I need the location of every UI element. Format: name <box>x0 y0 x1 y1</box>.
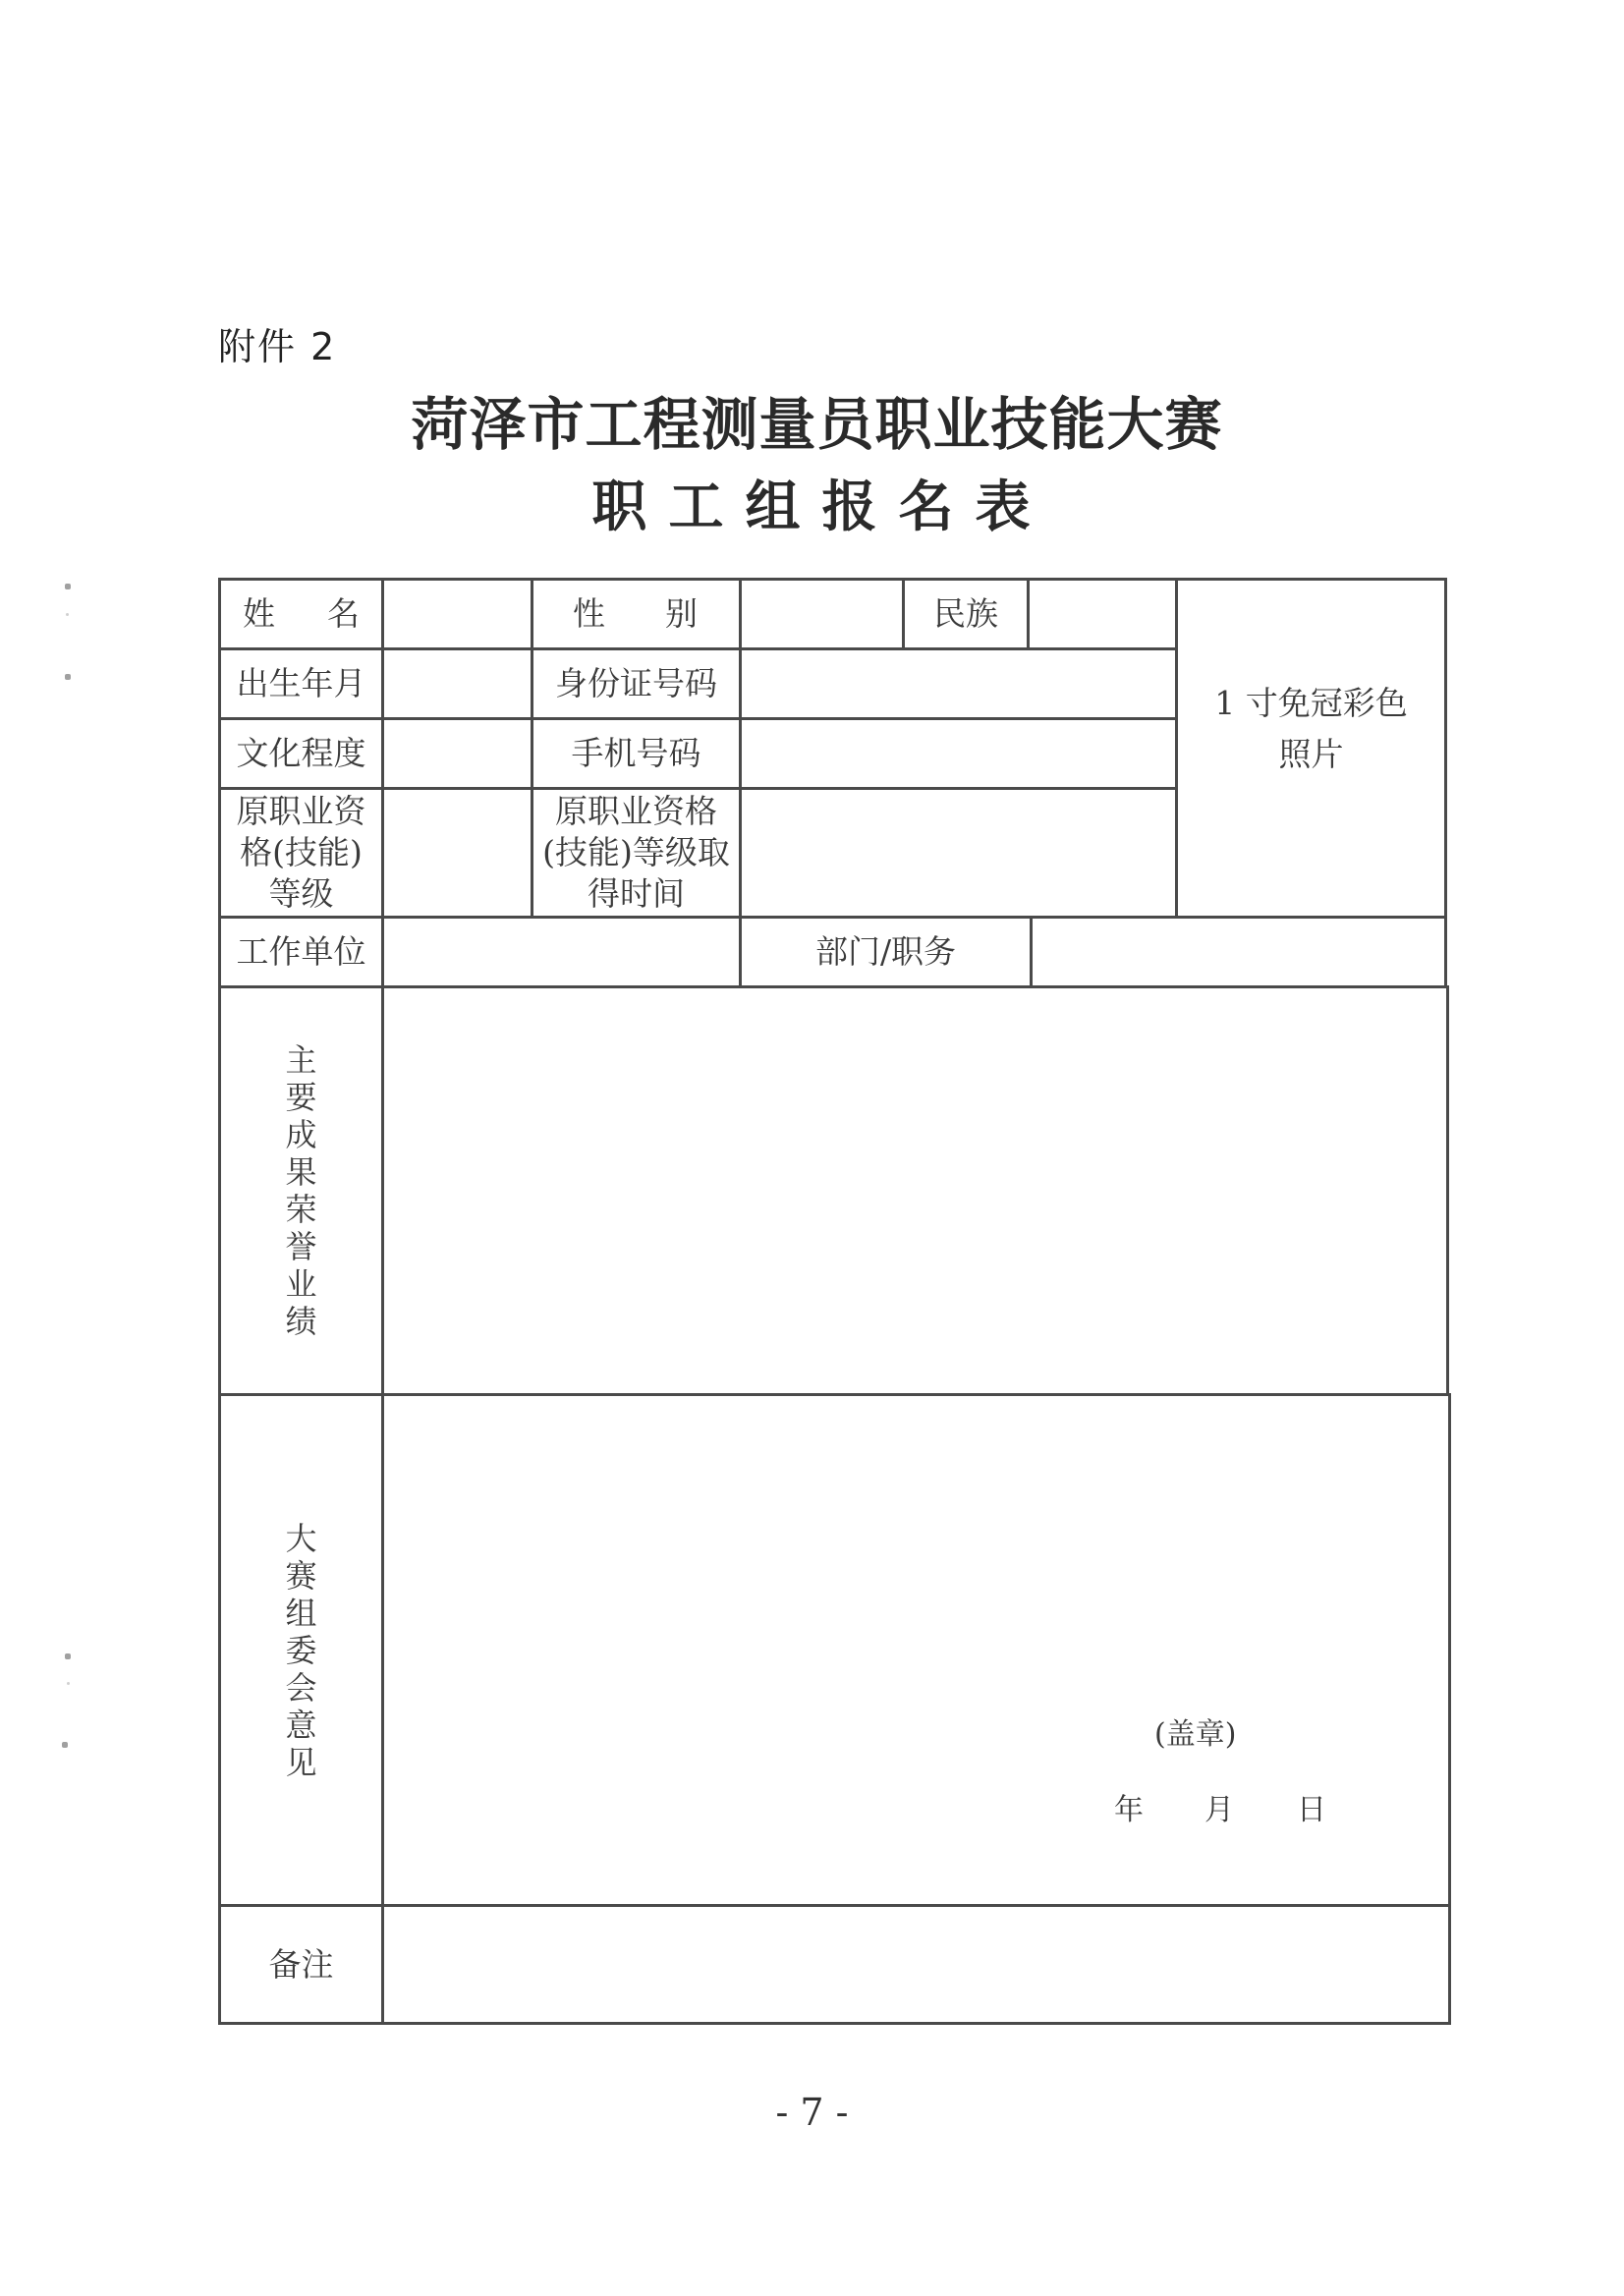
gender-label-char: 性 <box>573 593 605 635</box>
department-position-label: 部门/职务 <box>742 919 1030 985</box>
phone-label: 手机号码 <box>533 720 739 787</box>
qualification-level-label: 原职业资 格(技能) 等级 <box>221 790 381 916</box>
date-month-label: 月 <box>1204 1785 1234 1828</box>
qualification-date-label: 原职业资格 (技能)等级取 得时间 <box>533 790 739 916</box>
education-field[interactable] <box>384 720 531 787</box>
seal-note: (盖章) <box>1154 1709 1236 1753</box>
label-char: 委 <box>285 1632 316 1669</box>
label-line: 原职业资 <box>237 791 366 832</box>
name-label-char: 姓 <box>243 593 275 635</box>
label-char: 赛 <box>285 1557 316 1595</box>
name-label: 姓 名 <box>221 581 381 647</box>
phone-field[interactable] <box>742 720 1175 787</box>
committee-opinion-label: 大 赛 组 委 会 意 见 <box>221 1396 381 1904</box>
ethnicity-field[interactable] <box>1030 581 1175 647</box>
achievements-field[interactable] <box>384 988 1446 1393</box>
label-char: 大 <box>285 1520 316 1557</box>
scan-artifact <box>65 674 71 680</box>
birth-date-field[interactable] <box>384 650 531 717</box>
label-char: 意 <box>285 1707 316 1744</box>
gender-field[interactable] <box>742 581 902 647</box>
remarks-field[interactable] <box>384 1907 1448 2022</box>
employer-label: 工作单位 <box>221 919 381 985</box>
document-title: 菏泽市工程测量员职业技能大赛 <box>0 378 1624 461</box>
label-line: 原职业资格 <box>555 791 717 832</box>
label-line: 等级 <box>269 873 334 915</box>
label-char: 果 <box>285 1153 316 1191</box>
page-number: - 7 - <box>0 2091 1624 2134</box>
label-line: 格(技能) <box>240 832 363 873</box>
scan-artifact <box>67 1682 70 1685</box>
id-number-label: 身份证号码 <box>533 650 739 717</box>
photo-note-line: 照片 <box>1279 729 1344 780</box>
scan-artifact <box>65 1653 71 1659</box>
name-field[interactable] <box>384 581 531 647</box>
table-border-right <box>1446 985 1449 1395</box>
gender-label: 性 别 <box>533 581 739 647</box>
label-line: (技能)等级取 <box>542 832 730 873</box>
department-position-field[interactable] <box>1033 919 1444 985</box>
id-number-field[interactable] <box>742 650 1175 717</box>
qualification-level-field[interactable] <box>384 790 531 916</box>
scan-artifact <box>65 584 71 589</box>
employer-field[interactable] <box>384 919 739 985</box>
scan-artifact <box>66 613 69 616</box>
table-border-bottom <box>218 2022 1450 2025</box>
label-char: 荣 <box>285 1191 316 1228</box>
birth-date-label: 出生年月 <box>221 650 381 717</box>
photo-placeholder[interactable]: 1 寸免冠彩色 照片 <box>1178 581 1444 916</box>
ethnicity-label: 民族 <box>905 581 1027 647</box>
label-char: 成 <box>285 1116 316 1153</box>
photo-note-line: 1 寸免冠彩色 <box>1214 678 1408 729</box>
label-char: 组 <box>285 1595 316 1632</box>
date-year-label: 年 <box>1114 1785 1144 1828</box>
achievements-label: 主 要 成 果 荣 誉 业 绩 <box>221 988 381 1393</box>
label-char: 见 <box>285 1744 316 1781</box>
qualification-date-field[interactable] <box>742 790 1175 916</box>
label-line: 得时间 <box>588 873 685 915</box>
label-char: 会 <box>285 1669 316 1707</box>
table-border-right <box>1444 578 1447 987</box>
table-border-right <box>1448 1393 1451 2025</box>
scan-artifact <box>62 1742 68 1748</box>
label-char: 要 <box>285 1079 316 1116</box>
label-char: 业 <box>285 1265 316 1303</box>
name-label-char: 名 <box>327 593 360 635</box>
remarks-label: 备注 <box>221 1907 381 2022</box>
label-char: 誉 <box>285 1228 316 1265</box>
committee-opinion-field[interactable] <box>384 1396 1448 1904</box>
gender-label-char: 别 <box>665 593 698 635</box>
document-subtitle: 职工组报名表 <box>0 464 1624 542</box>
attachment-label: 附件 2 <box>218 316 336 370</box>
label-char: 主 <box>285 1041 316 1079</box>
label-char: 绩 <box>285 1303 316 1340</box>
education-label: 文化程度 <box>221 720 381 787</box>
date-day-label: 日 <box>1297 1785 1326 1828</box>
